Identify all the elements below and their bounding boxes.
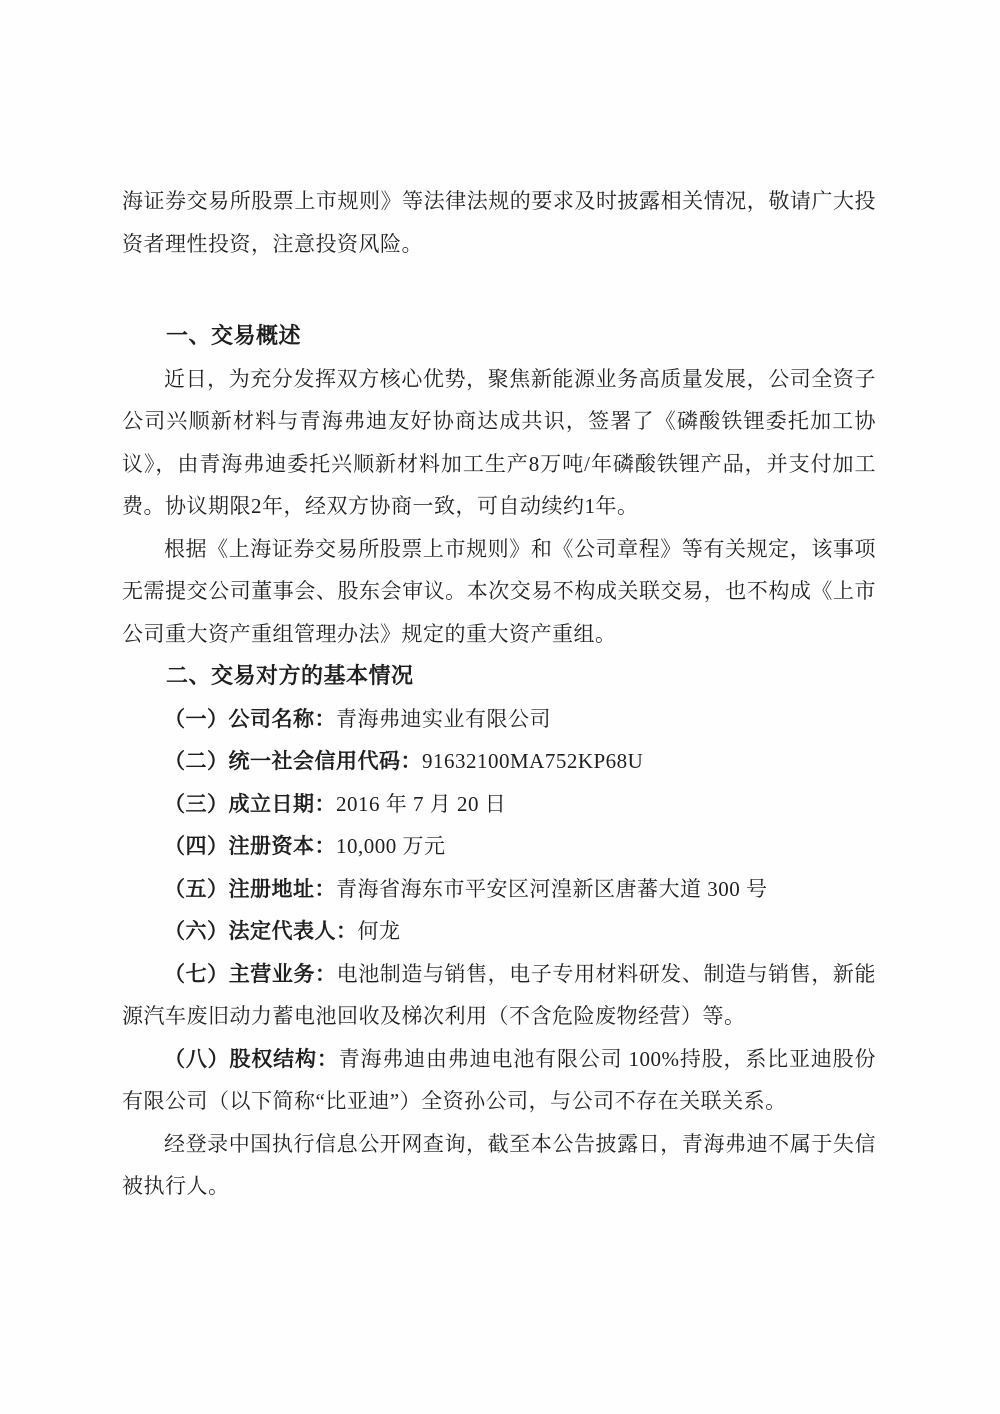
document-body: 海证券交易所股票上市规则》等法律法规的要求及时披露相关情况，敬请广大投资者理性投… [122, 180, 876, 1208]
list-item-registered-capital: （四）注册资本：10,000 万元 [122, 825, 876, 868]
item-value: 10,000 万元 [336, 834, 446, 858]
document-page: 海证券交易所股票上市规则》等法律法规的要求及时披露相关情况，敬请广大投资者理性投… [0, 0, 1000, 1414]
section1-paragraph-1: 近日，为充分发挥双方核心优势，聚焦新能源业务高质量发展，公司全资子公司兴顺新材料… [122, 358, 876, 528]
intro-paragraph: 海证券交易所股票上市规则》等法律法规的要求及时披露相关情况，敬请广大投资者理性投… [122, 180, 876, 265]
list-item-legal-representative: （六）法定代表人：何龙 [122, 910, 876, 953]
list-item-equity-structure: （八）股权结构：青海弗迪由弗迪电池有限公司 100%持股，系比亚迪股份有限公司（… [122, 1038, 876, 1123]
item-value: 91632100MA752KP68U [422, 749, 643, 773]
section2-heading: 二、交易对方的基本情况 [122, 655, 876, 698]
item-value: 何龙 [358, 919, 401, 943]
item-label: （二）统一社会信用代码： [164, 749, 422, 773]
item-label: （三）成立日期： [164, 792, 336, 816]
list-item-credit-code: （二）统一社会信用代码：91632100MA752KP68U [122, 740, 876, 783]
item-label: （六）法定代表人： [164, 919, 358, 943]
item-label: （五）注册地址： [164, 877, 336, 901]
list-item-founding-date: （三）成立日期：2016 年 7 月 20 日 [122, 783, 876, 826]
item-label: （一）公司名称： [164, 707, 336, 731]
closing-paragraph: 经登录中国执行信息公开网查询，截至本公告披露日，青海弗迪不属于失信被执行人。 [122, 1123, 876, 1208]
item-value: 2016 年 7 月 20 日 [336, 792, 506, 816]
item-label: （四）注册资本： [164, 834, 336, 858]
section1-heading: 一、交易概述 [122, 315, 876, 358]
item-value: 青海弗迪实业有限公司 [336, 707, 551, 731]
item-label: （七）主营业务： [164, 962, 337, 986]
list-item-main-business: （七）主营业务：电池制造与销售，电子专用材料研发、制造与销售，新能源汽车废旧动力… [122, 953, 876, 1038]
item-value: 青海省海东市平安区河湟新区唐蕃大道 300 号 [336, 877, 768, 901]
list-item-company-name: （一）公司名称：青海弗迪实业有限公司 [122, 698, 876, 741]
section1-paragraph-2: 根据《上海证券交易所股票上市规则》和《公司章程》等有关规定，该事项无需提交公司董… [122, 528, 876, 656]
list-item-registered-address: （五）注册地址：青海省海东市平安区河湟新区唐蕃大道 300 号 [122, 868, 876, 911]
item-label: （八）股权结构： [164, 1047, 339, 1071]
